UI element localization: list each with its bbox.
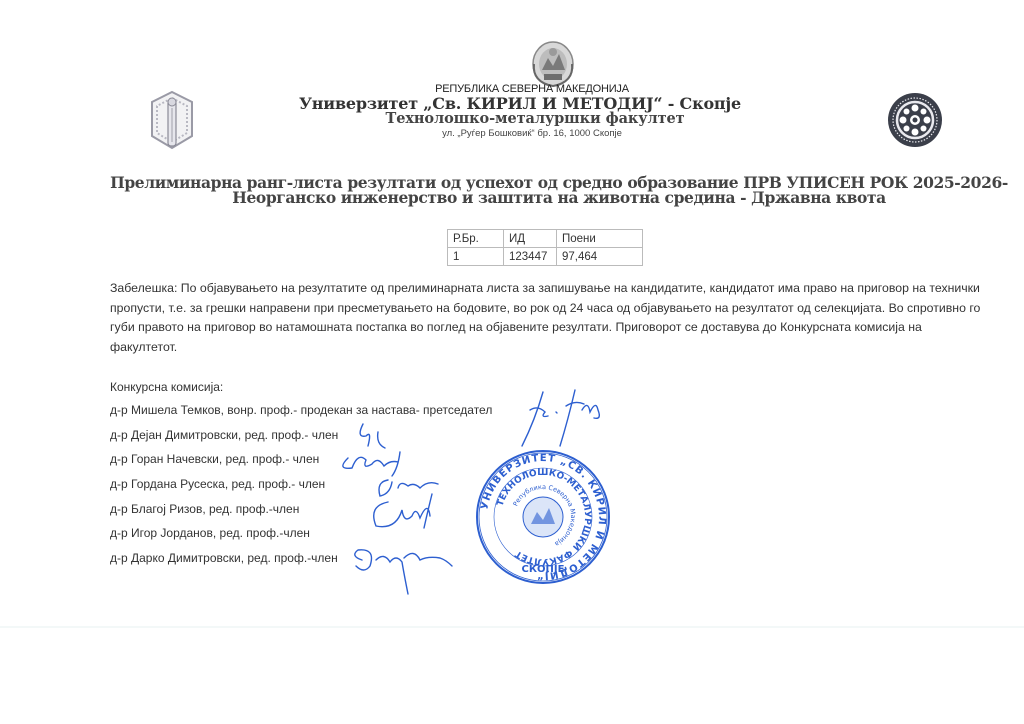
signature-member-2 [343,452,400,476]
signature-member-1 [360,424,385,448]
scan-edge-divider [0,626,1024,628]
signatures [0,0,1024,724]
signature-member-3 [379,480,438,496]
signature-member-4 [374,494,432,528]
official-stamp: УНИВЕРЗИТЕТ „СВ. КИРИЛ И МЕТОДИЈ“ ТЕХНОЛ… [474,448,612,586]
signature-member-5 [355,550,452,594]
signature-chair [522,390,599,446]
stamp-city: СКОПЈЕ [522,564,565,575]
